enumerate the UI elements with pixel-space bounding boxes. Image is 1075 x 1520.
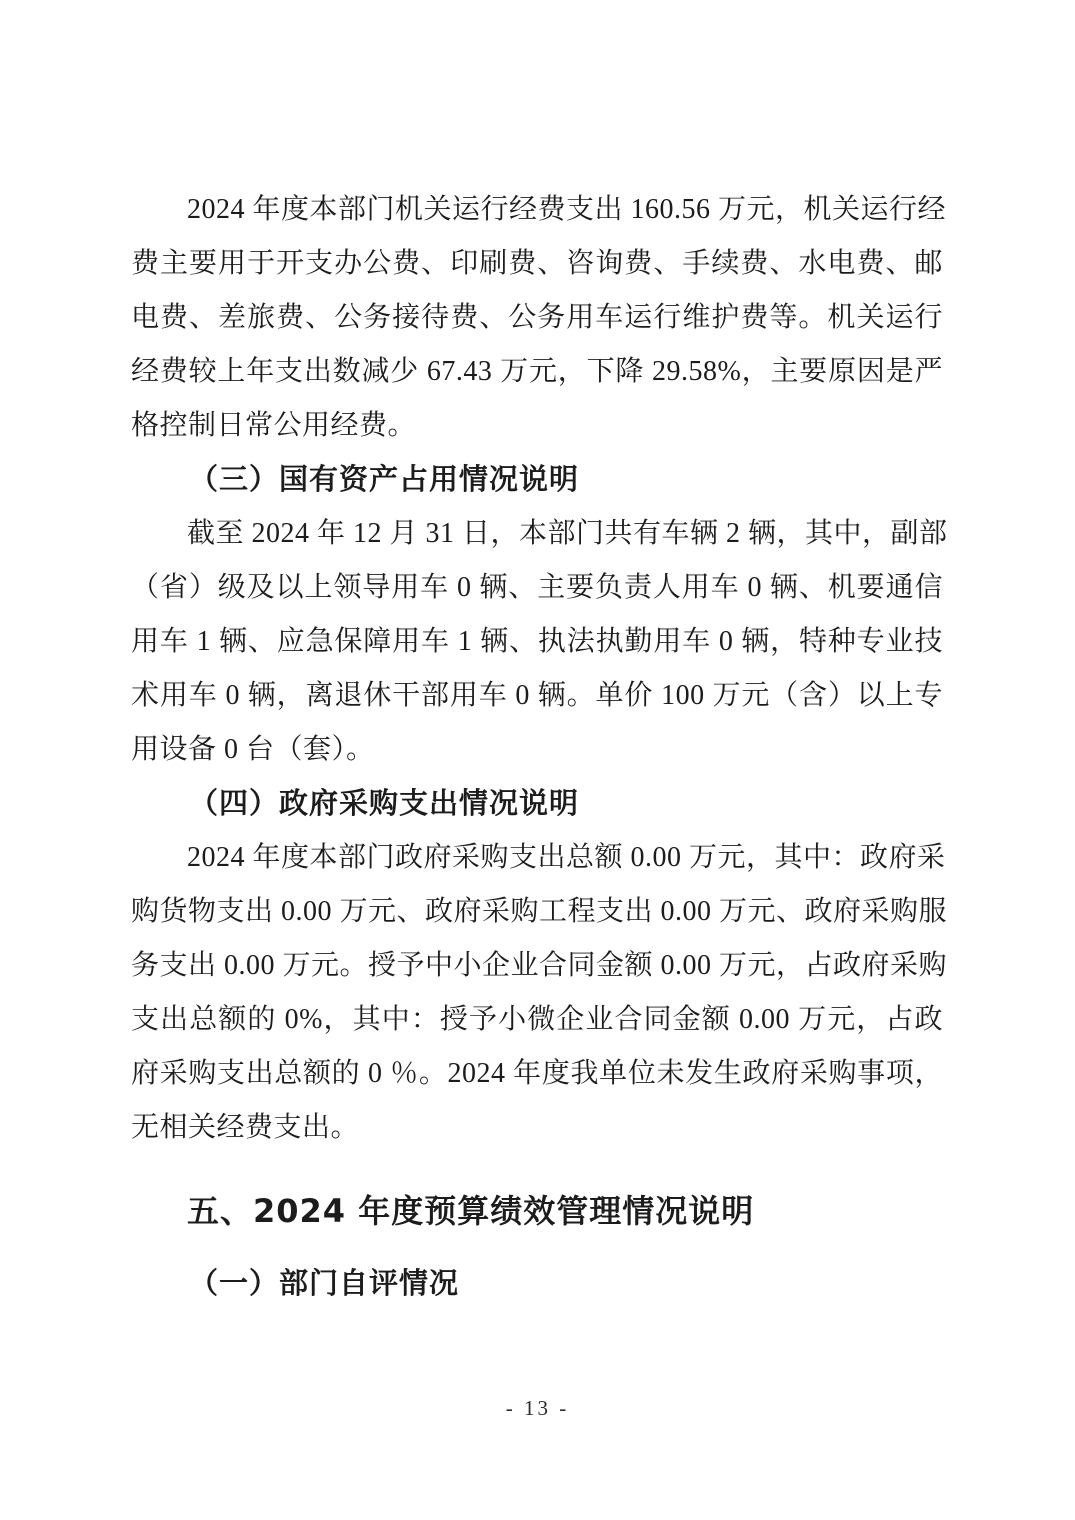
document-body: 2024 年度本部门机关运行经费支出 160.56 万元，机关运行经 费主要用于… [131,183,943,1311]
document-page: 2024 年度本部门机关运行经费支出 160.56 万元，机关运行经 费主要用于… [0,0,1075,1520]
paragraph-line: 截至 2024 年 12 月 31 日，本部门共有车辆 2 辆，其中，副部 [131,507,943,561]
paragraph-line: 格控制日常公用经费。 [131,399,943,453]
paragraph-line: 支出总额的 0%，其中：授予小微企业合同金额 0.00 万元，占政 [131,993,943,1047]
paragraph-line: 2024 年度本部门机关运行经费支出 160.56 万元，机关运行经 [131,183,943,237]
paragraph-line: 购货物支出 0.00 万元、政府采购工程支出 0.00 万元、政府采购服 [131,885,943,939]
paragraph-line: 经费较上年支出数减少 67.43 万元，下降 29.58%，主要原因是严 [131,345,943,399]
section-heading-4: （四）政府采购支出情况说明 [131,777,943,831]
paragraph-line: （省）级及以上领导用车 0 辆、主要负责人用车 0 辆、机要通信 [131,561,943,615]
paragraph-line: 2024 年度本部门政府采购支出总额 0.00 万元，其中：政府采 [131,831,943,885]
section-heading-5-1: （一）部门自评情况 [131,1257,943,1311]
page-footer: - 13 - [0,1396,1075,1421]
page-number: - 13 - [506,1396,570,1420]
paragraph-line: 用设备 0 台（套）。 [131,723,943,777]
paragraph-line: 无相关经费支出。 [131,1101,943,1155]
paragraph-line: 电费、差旅费、公务接待费、公务用车运行维护费等。机关运行 [131,291,943,345]
section-heading-3: （三）国有资产占用情况说明 [131,453,943,507]
paragraph-line: 费主要用于开支办公费、印刷费、咨询费、手续费、水电费、邮 [131,237,943,291]
paragraph-line: 用车 1 辆、应急保障用车 1 辆、执法执勤用车 0 辆，特种专业技 [131,615,943,669]
chapter-heading-5: 五、2024 年度预算绩效管理情况说明 [131,1181,943,1241]
paragraph-line: 术用车 0 辆，离退休干部用车 0 辆。单价 100 万元（含）以上专 [131,669,943,723]
paragraph-line: 府采购支出总额的 0 ％。2024 年度我单位未发生政府采购事项， [131,1047,943,1101]
paragraph-line: 务支出 0.00 万元。授予中小企业合同金额 0.00 万元，占政府采购 [131,939,943,993]
